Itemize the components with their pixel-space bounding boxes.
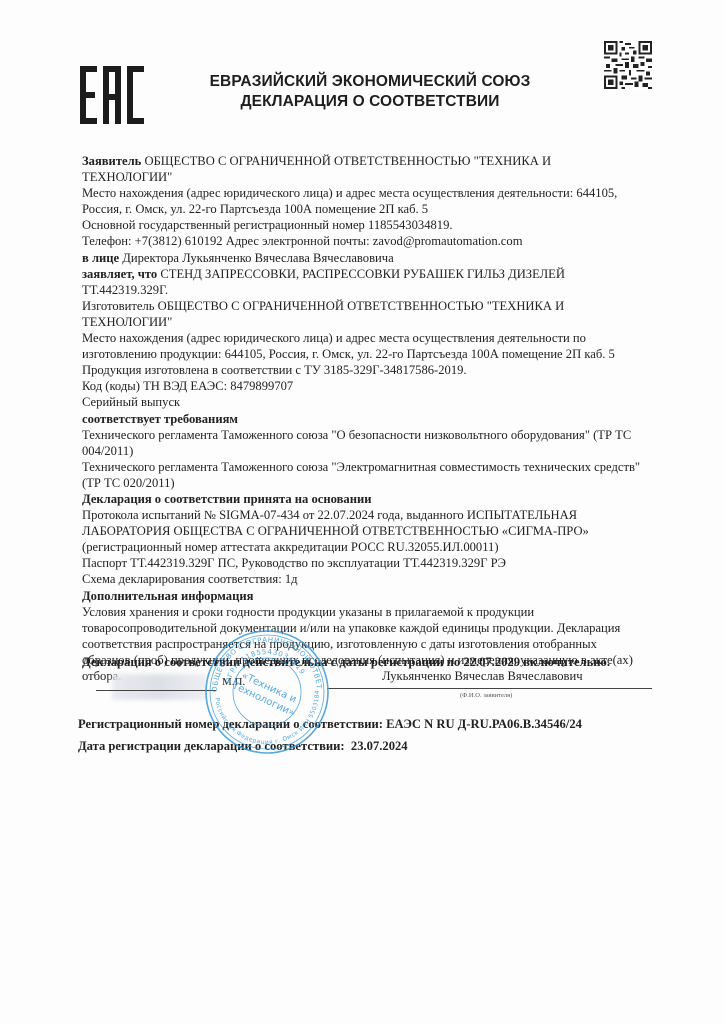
registration-date-label: Дата регистрации декларации о соответств…	[78, 739, 345, 753]
additional-heading: Дополнительная информация	[82, 588, 642, 604]
manufacturer-name-cont: ТЕХНОЛОГИИ"	[82, 314, 642, 330]
requirement-1-line2: 004/2011)	[82, 443, 642, 459]
additional-line-3: соответствия распространяется на продукц…	[82, 636, 642, 652]
applicant-line: Заявитель ОБЩЕСТВО С ОГРАНИЧЕННОЙ ОТВЕТС…	[82, 153, 642, 169]
declaration-page: ЕВРАЗИЙСКИЙ ЭКОНОМИЧЕСКИЙ СОЮЗ ДЕКЛАРАЦИ…	[0, 0, 724, 1024]
document-title: ЕВРАЗИЙСКИЙ ЭКОНОМИЧЕСКИЙ СОЮЗ ДЕКЛАРАЦИ…	[200, 72, 540, 112]
signer-caption: (Ф.И.О. заявителя)	[460, 692, 512, 699]
basis-heading: Декларация о соответствии принята на осн…	[82, 491, 642, 507]
additional-line-2: товаросопроводительной документации и/ил…	[82, 620, 642, 636]
represented-value: Директора Лукьянченко Вячеслава Вячеслав…	[122, 251, 393, 265]
title-declaration: ДЕКЛАРАЦИЯ О СООТВЕТСТВИИ	[200, 92, 540, 112]
title-union: ЕВРАЗИЙСКИЙ ЭКОНОМИЧЕСКИЙ СОЮЗ	[200, 72, 540, 92]
represented-line: в лице Директора Лукьянченко Вячеслава В…	[82, 250, 642, 266]
manufacturer-line: Изготовитель ОБЩЕСТВО С ОГРАНИЧЕННОЙ ОТВ…	[82, 298, 642, 314]
applicant-name: ОБЩЕСТВО С ОГРАНИЧЕННОЙ ОТВЕТСТВЕННОСТЬЮ…	[144, 154, 551, 168]
signature-row: М.П. Лукьянченко Вячеслав Вячеславович (…	[82, 674, 652, 704]
manufacturer-address-2: изготовлению продукции: 644105, Россия, …	[82, 346, 642, 362]
product-code: ТТ.442319.329Г.	[82, 282, 642, 298]
registration-number-value: ЕАЭС N RU Д-RU.РА06.В.34546/24	[386, 717, 582, 731]
seal-place-label: М.П.	[222, 676, 245, 688]
registration-date-value: 23.07.2024	[351, 739, 408, 753]
applicant-address-2: Россия, г. Омск, ул. 22-го Партсъезда 10…	[82, 201, 642, 217]
manufacturer-address-1: Место нахождения (адрес юридического лиц…	[82, 330, 642, 346]
registration-number-label: Регистрационный номер декларации о соотв…	[78, 717, 383, 731]
declaration-scheme: Схема декларирования соответствия: 1д	[82, 571, 642, 587]
requirements-heading: соответствует требованиям	[82, 411, 642, 427]
signer-name: Лукьянченко Вячеслав Вячеславович	[382, 669, 583, 684]
registration-number: Регистрационный номер декларации о соотв…	[78, 717, 582, 732]
release-type: Серийный выпуск	[82, 394, 642, 410]
applicant-contacts: Телефон: +7(3812) 610192 Адрес электронн…	[82, 233, 642, 249]
declares-label: заявляет, что	[82, 267, 157, 281]
applicant-address-1: Место нахождения (адрес юридического лиц…	[82, 185, 642, 201]
declaration-body: Заявитель ОБЩЕСТВО С ОГРАНИЧЕННОЙ ОТВЕТС…	[82, 153, 642, 684]
basis-line-3: (регистрационный номер аттестата аккреди…	[82, 539, 642, 555]
basis-line-2: ЛАБОРАТОРИЯ ОБЩЕСТВА С ОГРАНИЧЕННОЙ ОТВЕ…	[82, 523, 642, 539]
declares-line: заявляет, что СТЕНД ЗАПРЕССОВКИ, РАСПРЕС…	[82, 266, 642, 282]
signature-redacted	[112, 674, 207, 700]
registration-date: Дата регистрации декларации о соответств…	[78, 739, 408, 754]
manufacturer-tu: Продукция изготовлена в соответствии с Т…	[82, 362, 642, 378]
applicant-name-cont: ТЕХНОЛОГИИ"	[82, 169, 642, 185]
requirement-1-line1: Технического регламента Таможенного союз…	[82, 427, 642, 443]
represented-label: в лице	[82, 251, 119, 265]
qr-code-icon[interactable]	[604, 41, 652, 89]
name-line	[327, 688, 652, 689]
requirement-2-line1: Технического регламента Таможенного союз…	[82, 459, 642, 475]
applicant-ogrn: Основной государственный регистрационный…	[82, 217, 642, 233]
signature-line	[96, 690, 216, 691]
tn-ved-code: Код (коды) ТН ВЭД ЕАЭС: 8479899707	[82, 378, 642, 394]
eac-logo-icon	[80, 66, 144, 124]
validity-statement: Декларация о соответствии действительна …	[82, 655, 610, 670]
basis-line-1: Протокола испытаний № SIGMA-07-434 от 22…	[82, 507, 642, 523]
product-name: СТЕНД ЗАПРЕССОВКИ, РАСПРЕССОВКИ РУБАШЕК …	[160, 267, 565, 281]
requirement-2-line2: (ТР ТС 020/2011)	[82, 475, 642, 491]
basis-line-4: Паспорт ТТ.442319.329Г ПС, Руководство п…	[82, 555, 642, 571]
applicant-label: Заявитель	[82, 154, 141, 168]
additional-line-1: Условия хранения и сроки годности продук…	[82, 604, 642, 620]
